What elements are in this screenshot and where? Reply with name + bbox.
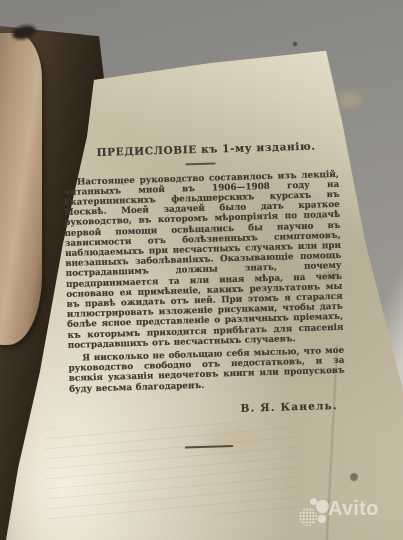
preface-paragraph: Я нисколько не обольщаю себя мыслью, что… [68,346,345,395]
printed-text: ПРЕДИСЛОВІЕ къ 1-му изданію. Настоящее р… [62,140,347,452]
book-photo: ПРЕДИСЛОВІЕ къ 1-му изданію. Настоящее р… [0,0,403,540]
avito-logo-tiny-circle-icon [318,515,326,523]
paper-stain [338,92,362,108]
preface-paragraph: Настоящее руководство составилось изъ ле… [63,169,344,351]
avito-logo-dotted-circle-icon [299,508,317,526]
avito-watermark-label: Avito [328,498,379,520]
author-signature: В. Я. Канель. [70,400,338,420]
paper-stain [350,473,358,481]
background-speck [293,42,297,46]
curled-pages [0,33,42,345]
avito-watermark: Avito [294,490,399,530]
heading-divider [186,162,216,164]
